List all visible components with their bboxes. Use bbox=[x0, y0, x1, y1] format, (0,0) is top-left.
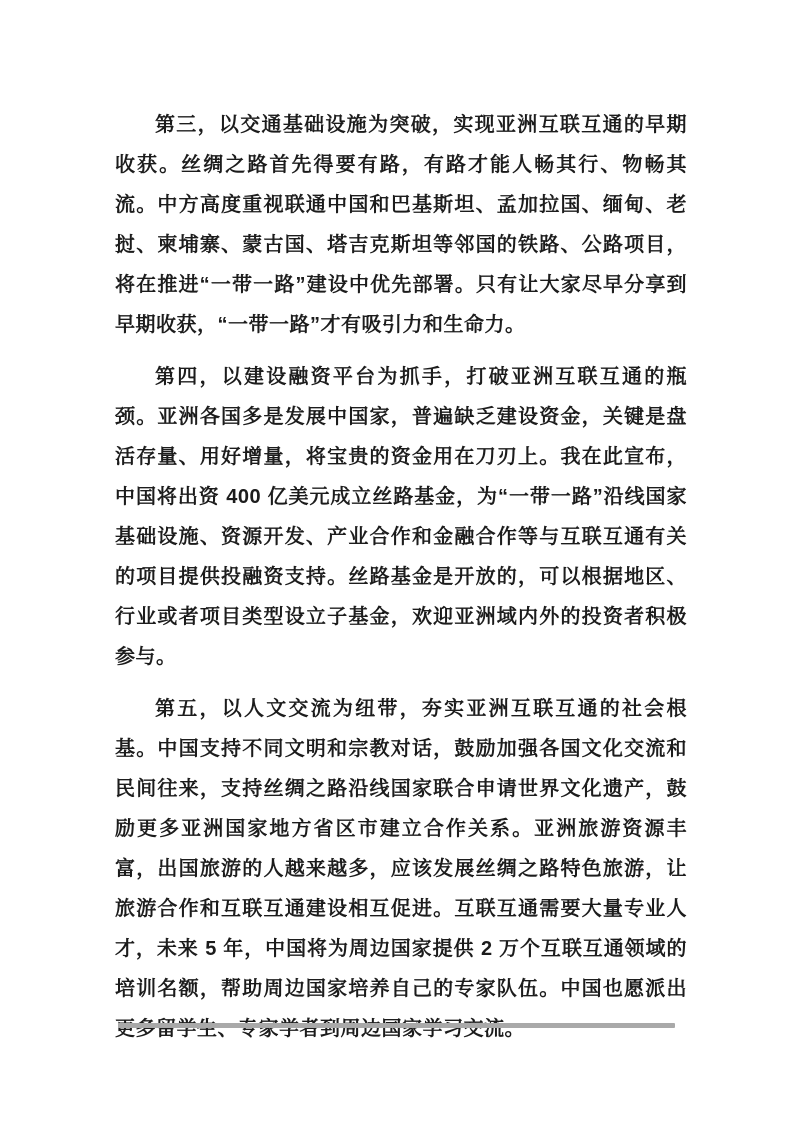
paragraph-fourth-financing-platform: 第四，以建设融资平台为抓手，打破亚洲互联互通的瓶颈。亚洲各国多是发展中国家，普遍… bbox=[115, 357, 687, 677]
paragraph-fifth-people-exchange: 第五，以人文交流为纽带，夯实亚洲互联互通的社会根基。中国支持不同文明和宗教对话，… bbox=[115, 689, 687, 1049]
page-bottom-divider bbox=[118, 1023, 675, 1028]
paragraph-third-transport-infrastructure: 第三，以交通基础设施为突破，实现亚洲互联互通的早期收获。丝绸之路首先得要有路，有… bbox=[115, 105, 687, 345]
document-body: 第三，以交通基础设施为突破，实现亚洲互联互通的早期收获。丝绸之路首先得要有路，有… bbox=[115, 105, 687, 1061]
document-page: 第三，以交通基础设施为突破，实现亚洲互联互通的早期收获。丝绸之路首先得要有路，有… bbox=[0, 0, 800, 1130]
